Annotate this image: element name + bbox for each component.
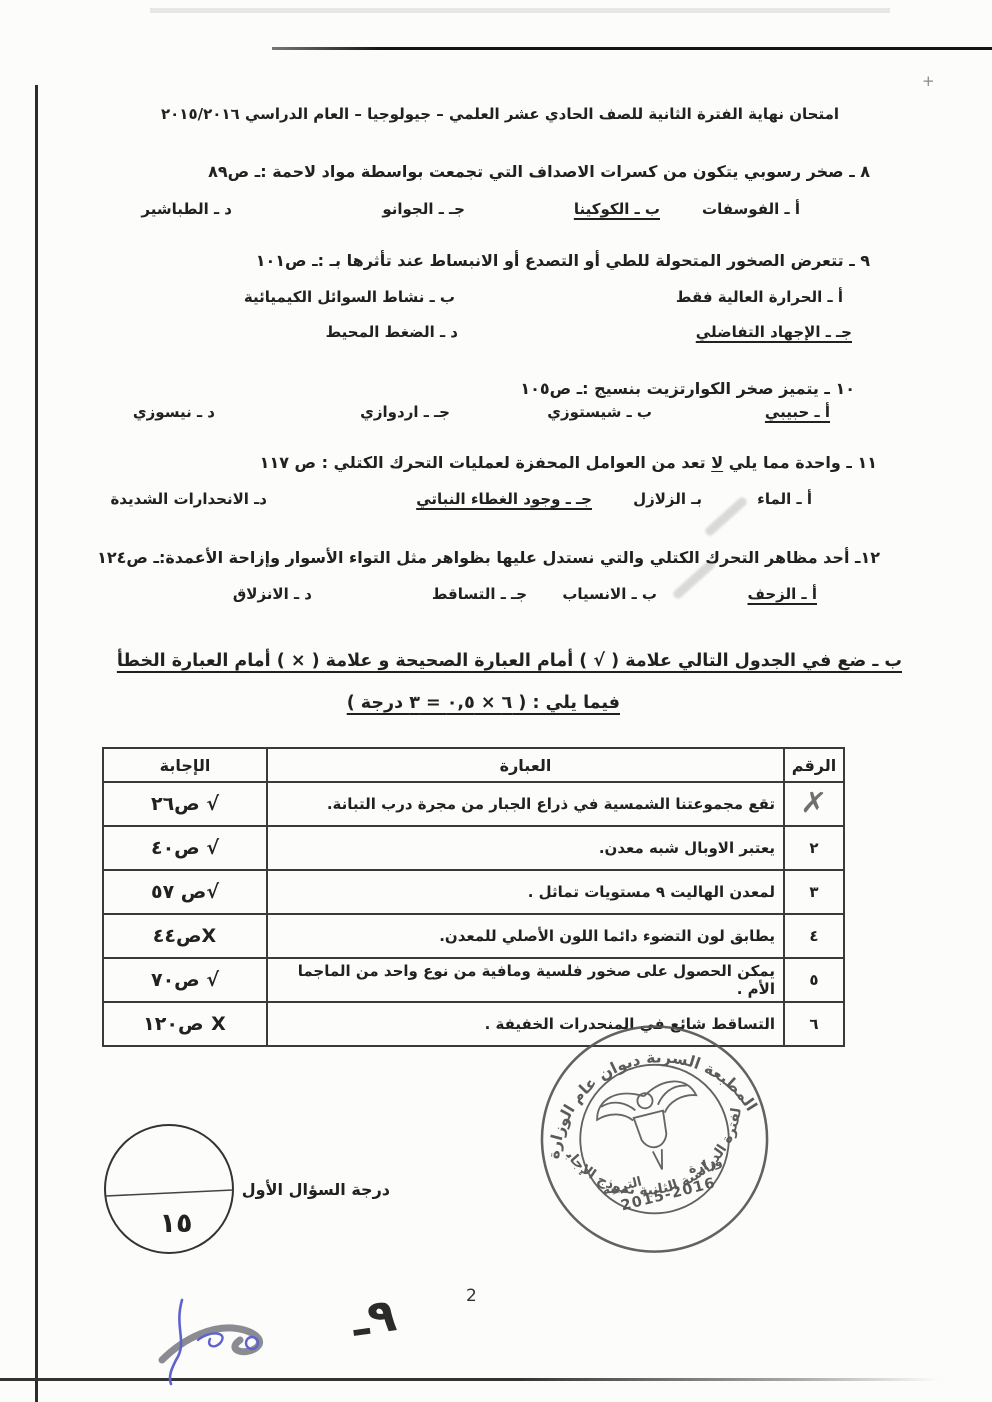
question-8-option-c: جـ ـ الجوانو: [382, 200, 465, 218]
section-b-heading-line2: فيما يلي : ( ٦ × ٠,٥ = ٣ درجة ): [347, 693, 620, 713]
question-8-option-b-correct: ب ـ الكوكينا: [574, 200, 660, 218]
top-border-line: [272, 47, 992, 50]
score-value: ١٥: [160, 1208, 193, 1239]
question-8-option-a: أ ـ الفوسفات: [702, 200, 800, 218]
answer-text: √ ص٢٦: [103, 782, 267, 826]
question-12-option-a-correct: أ ـ الزحف: [748, 585, 818, 603]
table-row: ✗ تقع مجموعتنا الشمسية في ذراع الجبار من…: [103, 782, 844, 826]
statement-text: لمعدن الهاليت ٩ مستويات تماثل .: [267, 870, 784, 914]
question-9-option-b: ب ـ نشاط السوائل الكيميائية: [244, 288, 455, 306]
answer-text: √ ص٧٠: [103, 958, 267, 1002]
column-header-answer: الإجابة: [103, 748, 267, 782]
page-title: امتحان نهاية الفترة الثانية للصف الحادي …: [120, 105, 880, 123]
question-9-option-c-correct: جـ ـ الإجهاد التفاضلي: [696, 323, 852, 341]
answer-text: √ص ٥٧: [103, 870, 267, 914]
table-row: ٣ لمعدن الهاليت ٩ مستويات تماثل . √ص ٥٧: [103, 870, 844, 914]
question-10-text: ١٠ ـ يتميز صخر الكوارتزيت بنسيج :ـ ص١٠٥: [520, 379, 855, 398]
question-10-option-c: جـ ـ اردوازي: [360, 403, 450, 421]
page-number: 2: [466, 1286, 477, 1306]
question-11-option-c-correct: جـ ـ وجود الغطاء النباتي: [416, 490, 592, 508]
registration-plus-mark: +: [922, 72, 935, 90]
column-header-number: الرقم: [784, 748, 844, 782]
row-number: ٥: [784, 958, 844, 1002]
blue-pen-stroke: [170, 1300, 182, 1384]
question-11-option-a: أ ـ الماء: [757, 490, 812, 508]
table-header-row: الرقم العبارة الإجابة: [103, 748, 844, 782]
section-b-heading-line1: ب ـ ضع في الجدول التالي علامة ( √ ) أمام…: [117, 651, 902, 671]
table-row: ٢ يعتبر الاوبال شبه معدن. √ ص٤٠: [103, 826, 844, 870]
question-10-option-d: د ـ نيسوزي: [133, 403, 215, 421]
question-12-option-c: جـ ـ التساقط: [432, 585, 527, 603]
question-11-text: ١١ ـ واحدة مما يلي لا تعد من العوامل الم…: [260, 453, 877, 472]
question-11-text-part: تعد من العوامل المحفزة لعمليات التحرك ال…: [260, 453, 712, 472]
table-row: ٥ يمكن الحصول على صخور فلسية ومافية من ن…: [103, 958, 844, 1002]
question-11-option-b: بـ الزلازل: [633, 490, 702, 508]
question-10-option-a-correct: أ ـ حبيبي: [765, 403, 830, 421]
column-header-statement: العبارة: [267, 748, 784, 782]
left-border-line: [35, 85, 38, 1402]
signature-scribble: [146, 1296, 316, 1392]
score-label: درجة السؤال الأول: [242, 1180, 390, 1199]
scan-smear: [150, 8, 890, 13]
pencil-smudge: [704, 496, 749, 537]
question-11-text-part: ١١ ـ واحدة مما يلي: [723, 453, 877, 472]
question-8-option-d: د ـ الطباشير: [141, 200, 232, 218]
row-number: ٢: [784, 826, 844, 870]
question-12-option-d: د ـ الانزلاق: [233, 585, 312, 603]
question-9-option-d: د ـ الضغط المحيط: [326, 323, 458, 341]
row-number: ٣: [784, 870, 844, 914]
score-divider-line: [106, 1190, 233, 1196]
table-row: ٤ يطابق لون التضوء دائما اللون الأصلي لل…: [103, 914, 844, 958]
question-10-option-b: ب ـ شيستوزي: [547, 403, 652, 421]
statement-text: تقع مجموعتنا الشمسية في ذراع الجبار من م…: [267, 782, 784, 826]
statement-text: يعتبر الاوبال شبه معدن.: [267, 826, 784, 870]
bottom-border-line: [0, 1378, 940, 1381]
answer-text: Xص٤٤: [103, 914, 267, 958]
question-12-option-b: ب ـ الانسياب: [562, 585, 657, 603]
question-11-option-d: دـ الانحدارات الشديدة: [110, 490, 267, 508]
row-number: ٤: [784, 914, 844, 958]
question-12-text: ١٢ـ أحد مظاهر التحرك الكتلي والتي نستدل …: [97, 548, 880, 567]
exam-page: + امتحان نهاية الفترة الثانية للصف الحاد…: [0, 0, 992, 1402]
statement-text: يطابق لون التضوء دائما اللون الأصلي للمع…: [267, 914, 784, 958]
handwritten-x-mark: ✗: [800, 788, 828, 820]
score-circle: ١٥: [98, 1118, 240, 1264]
answer-text: X ص١٢٠: [103, 1002, 267, 1046]
statement-text: يمكن الحصول على صخور فلسية ومافية من نوع…: [267, 958, 784, 1002]
question-11-text-underlined: لا: [711, 453, 723, 472]
row-number: ٦: [784, 1002, 844, 1046]
question-8-text: ٨ ـ صخر رسوبي يتكون من كسرات الاصداف الت…: [208, 162, 870, 181]
answer-text: √ ص٤٠: [103, 826, 267, 870]
handwritten-grader-mark: ٩ـ: [348, 1287, 399, 1347]
question-9-text: ٩ ـ تتعرض الصخور المتحولة للطي أو التصدع…: [256, 251, 870, 270]
question-9-option-a: أ ـ الحرارة العالية فقط: [676, 288, 843, 306]
